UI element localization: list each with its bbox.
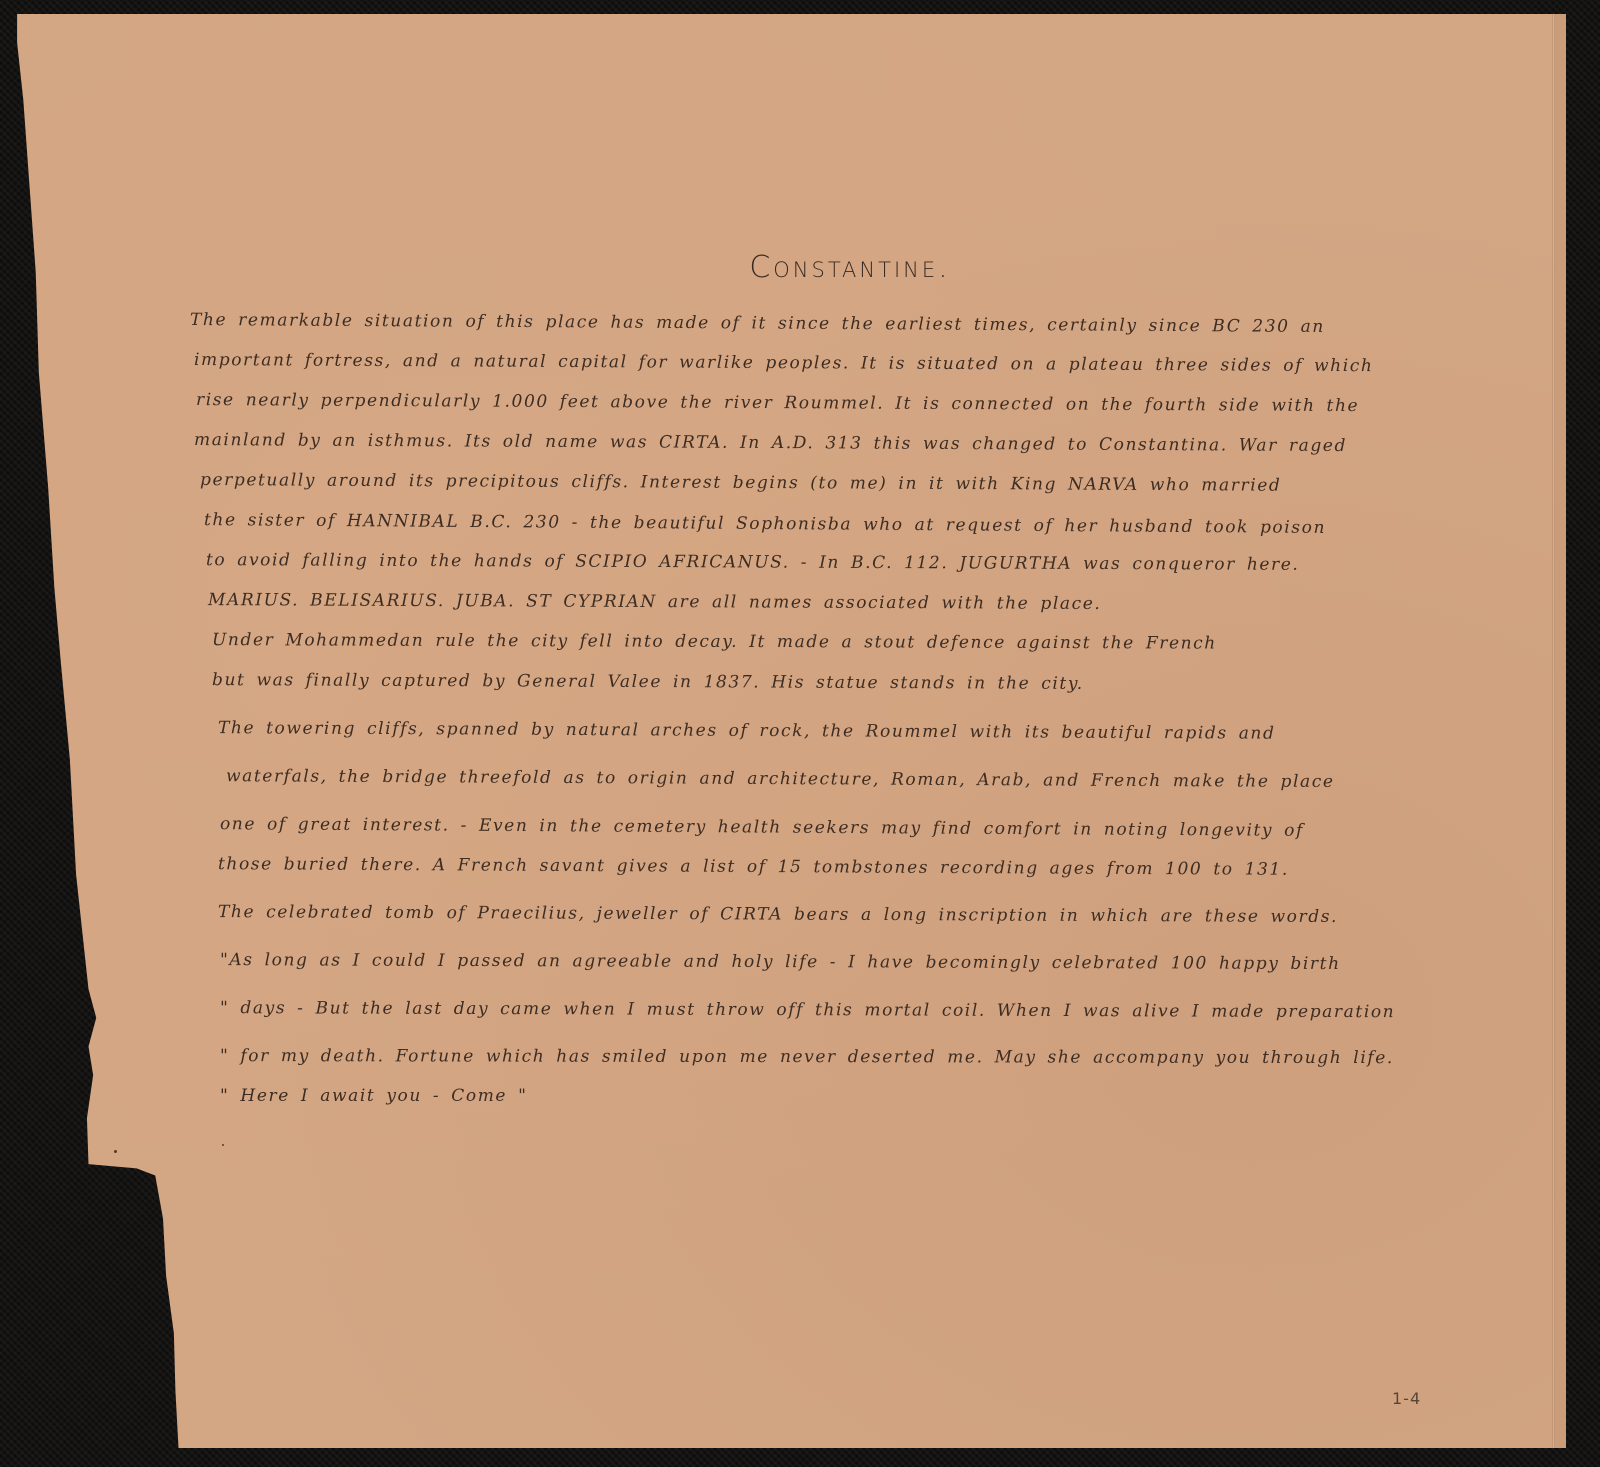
text-line: but was finally captured by General Vale… (190, 660, 1520, 706)
text-line: mainland by an isthmus. Its old name was… (190, 420, 1520, 467)
paper-speck (114, 1150, 117, 1153)
text-line: waterfals, the bridge threefold as to or… (190, 756, 1520, 803)
text-line: those buried there. A French savant give… (190, 844, 1520, 891)
next-page-edge (1555, 14, 1566, 1448)
text-line: The celebrated tomb of Praecilius, jewel… (190, 892, 1520, 938)
inscription-line: "As long as I could I passed an agreeabl… (190, 940, 1520, 985)
text-line: Under Mohammedan rule the city fell into… (190, 620, 1520, 665)
handwritten-body: The remarkable situation of this place h… (190, 300, 1520, 1116)
text-line: to avoid falling into the hands of SCIPI… (190, 540, 1520, 586)
text-line: MARIUS. BELISARIUS. JUBA. ST CYPRIAN are… (190, 580, 1520, 626)
paper-speck (222, 1144, 224, 1146)
inscription-line: " Here I await you - Come " (190, 1076, 1520, 1116)
page-title: Constantine. (14, 250, 1566, 285)
page-number: 1-4 (1392, 1389, 1421, 1408)
text-line: rise nearly perpendicularly 1.000 feet a… (190, 380, 1520, 427)
text-line: The towering cliffs, spanned by natural … (190, 708, 1520, 755)
text-line: important fortress, and a natural capita… (190, 340, 1520, 387)
inscription-line: " for my death. Fortune which has smiled… (190, 1036, 1520, 1078)
manuscript-page: Constantine. The remarkable situation of… (14, 14, 1566, 1448)
inscription-line: " days - But the last day came when I mu… (190, 988, 1520, 1033)
text-line: perpetually around its precipitous cliff… (190, 460, 1520, 507)
